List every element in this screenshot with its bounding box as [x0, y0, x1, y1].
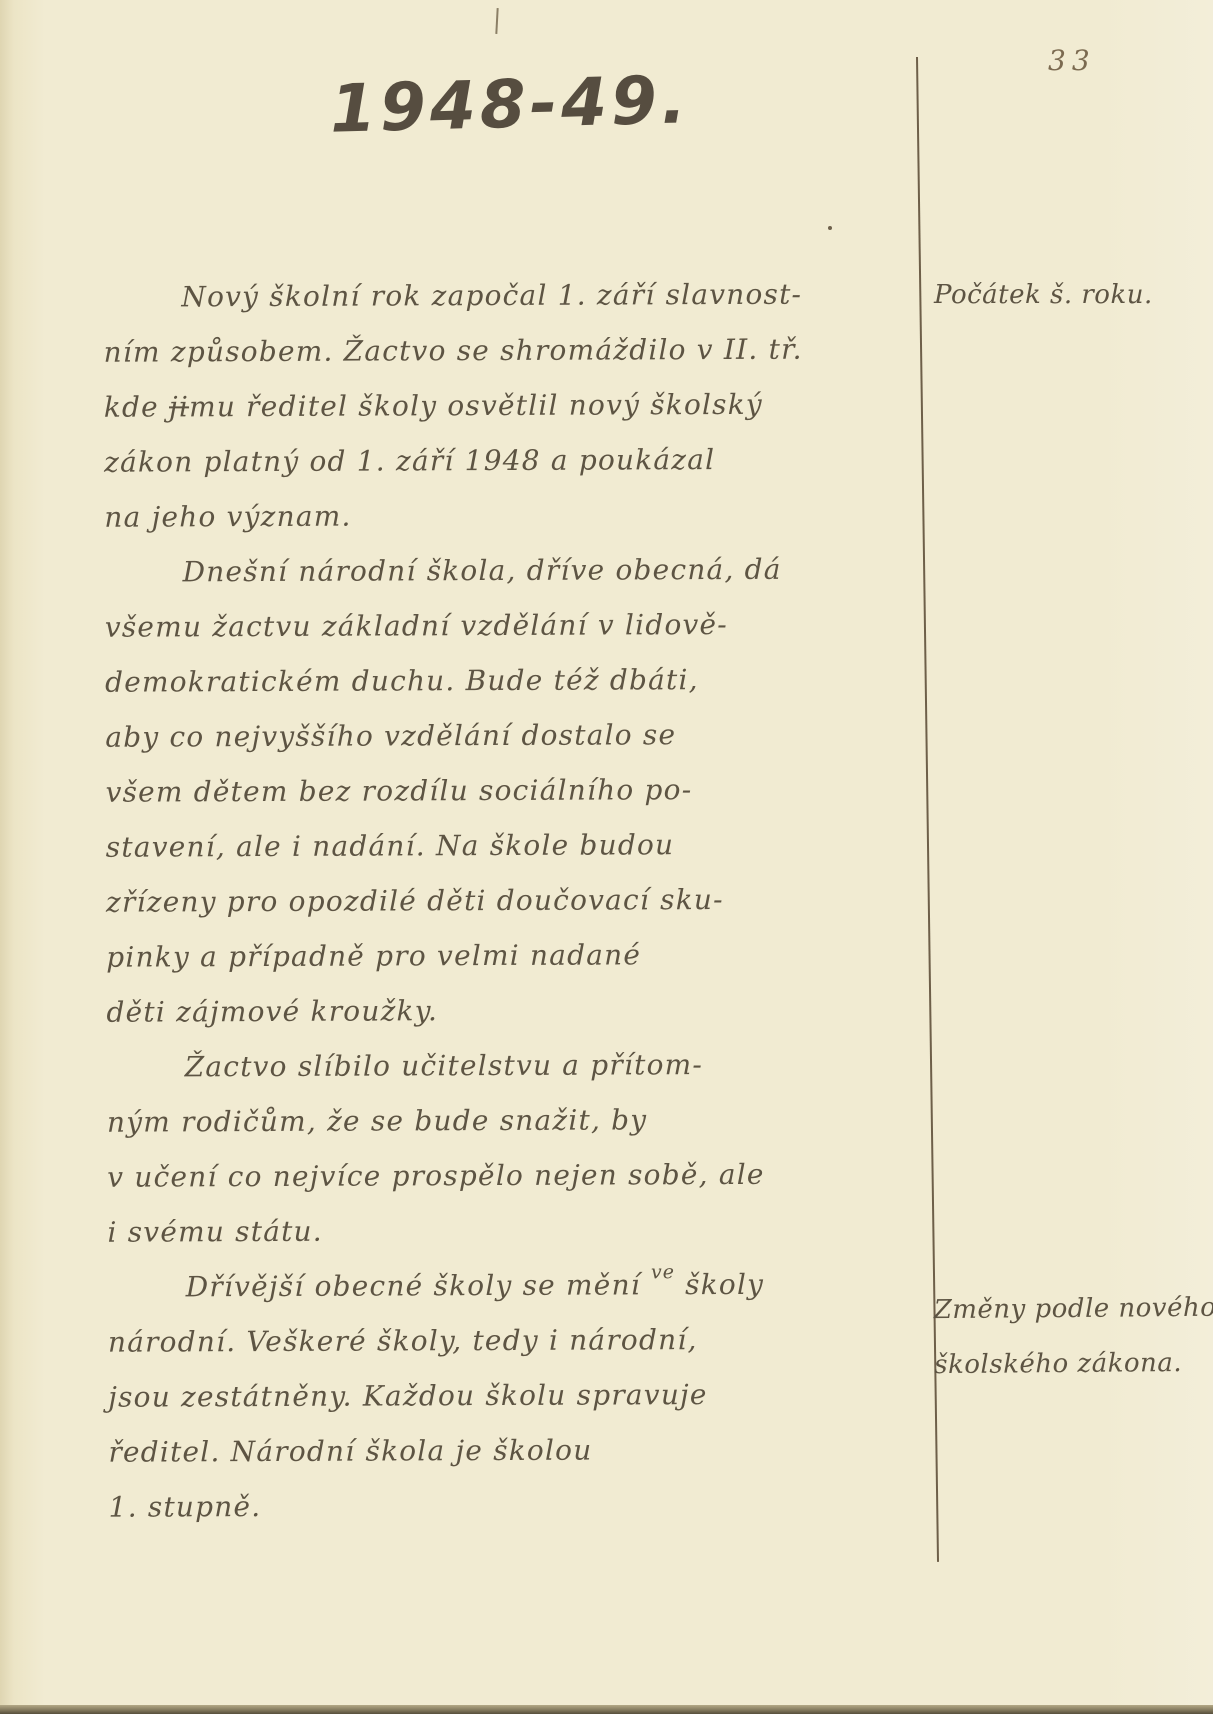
page-title: 1948-49. [329, 61, 691, 147]
text-line: stavení, ale i nadání. Na škole budou [106, 816, 881, 874]
text-line: kde jimu ředitel školy osvětlil nový ško… [104, 376, 879, 434]
text-line: Dnešní národní škola, dříve obecná, dá [104, 541, 879, 599]
text-line: 1. stupně. [109, 1476, 884, 1534]
main-text-column: Nový školní rok započal 1. září slavnost… [103, 266, 884, 1534]
text-line: demokratickém duchu. Bude též dbáti, [105, 651, 880, 709]
text-line: ním způsobem. Žactvo se shromáždilo v II… [103, 321, 878, 379]
struck-word: ji [169, 390, 189, 423]
margin-note-line: školského zákona. [934, 1336, 1204, 1393]
text-line: na jeho význam. [104, 486, 879, 544]
text-segment: kde [104, 390, 169, 423]
text-line: národní. Veškeré školy, tedy i národní, [108, 1311, 883, 1369]
chronicle-page: 33 1948-49. Nový školní rok započal 1. z… [0, 0, 1213, 1714]
text-line: Dřívější obecné školy se mění ve školy [108, 1256, 883, 1314]
text-line: ným rodičům, že se bude snažit, by [107, 1091, 882, 1149]
margin-note-start-of-school-year: Počátek š. roku. [934, 268, 1204, 323]
margin-note-line: Počátek š. roku. [934, 268, 1204, 323]
ink-mark [495, 8, 498, 34]
text-line: Nový školní rok započal 1. září slavnost… [103, 266, 878, 324]
text-segment: školy [675, 1268, 764, 1301]
text-line: Žactvo slíbilo učitelstvu a přítom- [107, 1036, 882, 1094]
margin-note-school-law-changes: Změny podle nového školského zákona. [934, 1281, 1205, 1393]
text-line: pinky a případně pro velmi nadané [106, 926, 881, 984]
text-line: aby co nejvyššího vzdělání dostalo se [105, 706, 880, 764]
page-number: 33 [1048, 44, 1096, 77]
inserted-word: ve [651, 1245, 675, 1300]
text-segment: mu ředitel školy osvětlil nový školský [189, 388, 763, 424]
text-line: všem dětem bez rozdílu sociálního po- [105, 761, 880, 819]
text-line: ředitel. Národní škola je školou [108, 1421, 883, 1479]
text-line: i svému státu. [107, 1201, 882, 1259]
text-line: jsou zestátněny. Každou školu spravuje [108, 1366, 883, 1424]
text-segment: Dřívější obecné školy se mění [186, 1268, 651, 1303]
page-bottom-edge [0, 1705, 1213, 1714]
ink-dot [828, 226, 832, 230]
text-line: zákon platný od 1. září 1948 a poukázal [104, 431, 879, 489]
text-line: děti zájmové kroužky. [106, 981, 881, 1039]
text-line: v učení co nejvíce prospělo nejen sobě, … [107, 1146, 882, 1204]
margin-note-line: Změny podle nového [934, 1281, 1204, 1338]
text-line: všemu žactvu základní vzdělání v lidově- [105, 596, 880, 654]
text-line: zřízeny pro opozdilé děti doučovací sku- [106, 871, 881, 929]
